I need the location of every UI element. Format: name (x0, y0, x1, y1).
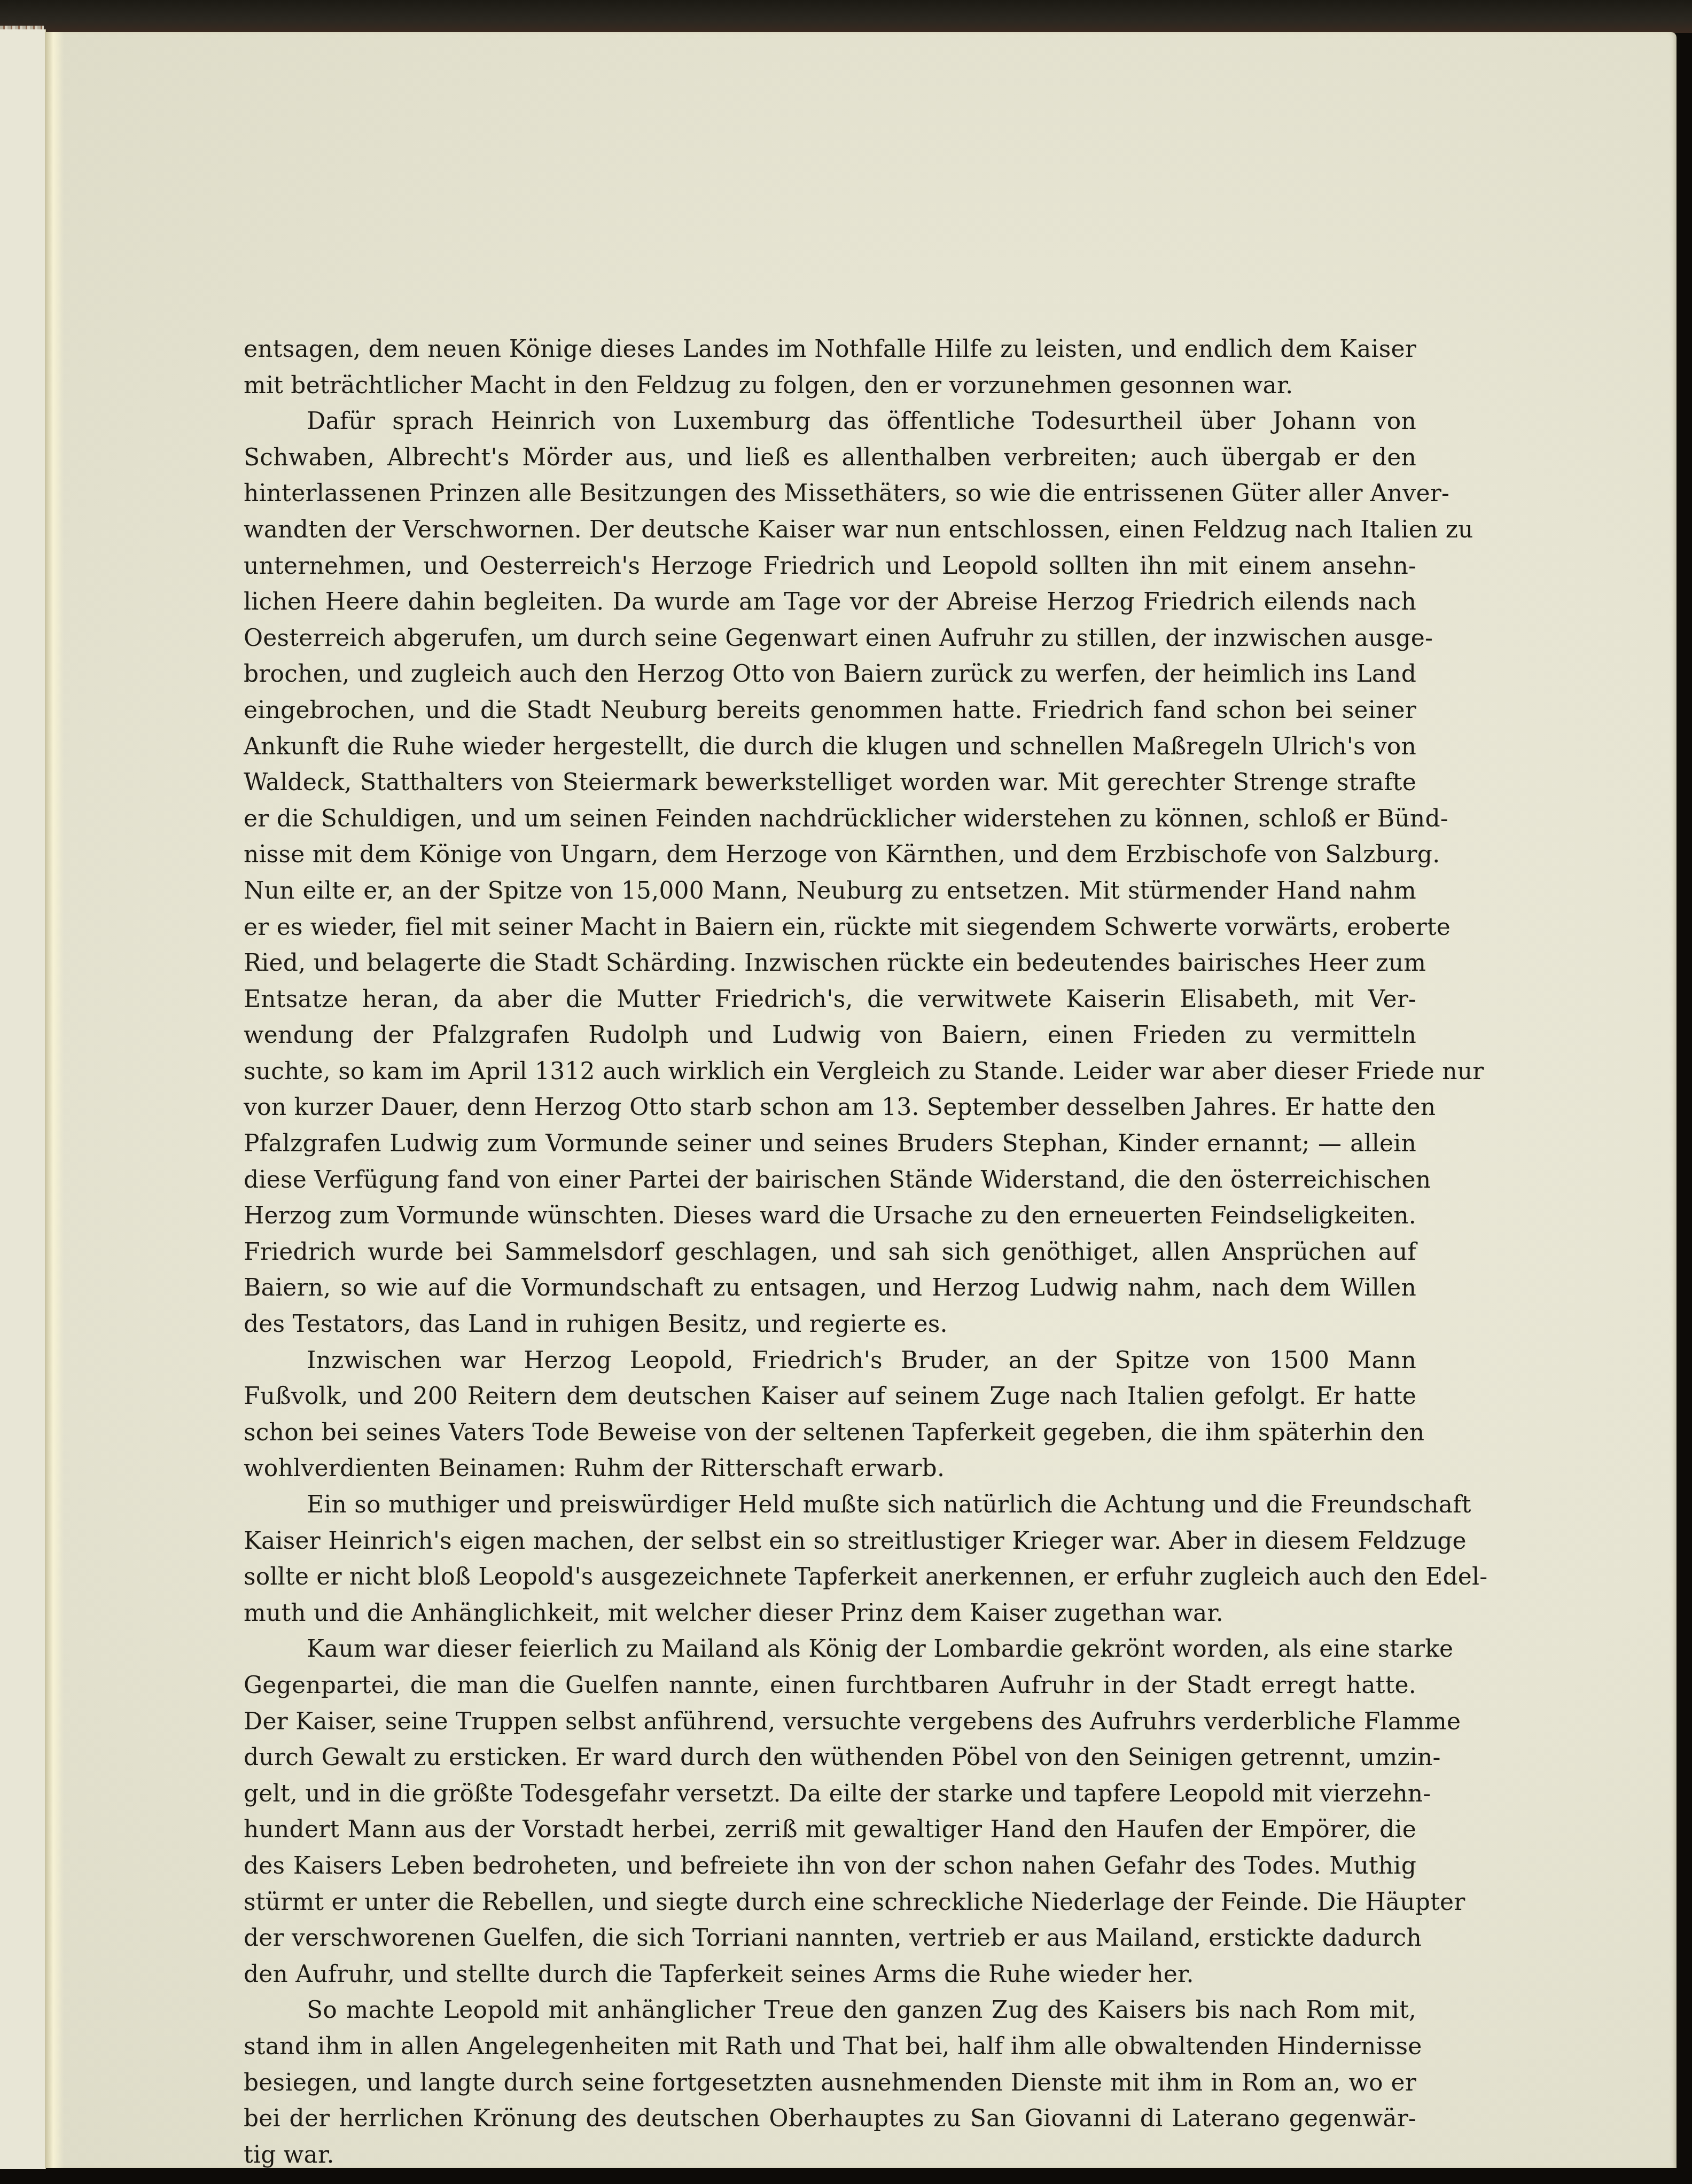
text-line: durch Gewalt zu ersticken. Er ward durch… (244, 1740, 1416, 1776)
text-line: wendung der Pfalzgrafen Rudolph und Ludw… (244, 1017, 1416, 1054)
text-line: Nun eilte er, an der Spitze von 15,000 M… (244, 873, 1416, 909)
text-line: Herzog zum Vormunde wünschten. Dieses wa… (244, 1198, 1416, 1234)
body-text: entsagen, dem neuen Könige dieses Landes… (244, 331, 1416, 2173)
paragraph: Dafür sprach Heinrich von Luxemburg das … (244, 403, 1416, 1342)
text-line: Kaiser Heinrich's eigen machen, der selb… (244, 1523, 1416, 1559)
text-line: hundert Mann aus der Vorstadt herbei, ze… (244, 1812, 1416, 1848)
paragraph: Kaum war dieser feierlich zu Mailand als… (244, 1631, 1416, 1992)
text-line: lichen Heere dahin begleiten. Da wurde a… (244, 584, 1416, 620)
text-line: Pfalzgrafen Ludwig zum Vormunde seiner u… (244, 1126, 1416, 1162)
text-line: eingebrochen, und die Stadt Neuburg bere… (244, 692, 1416, 729)
text-line: nisse mit dem Könige von Ungarn, dem Her… (244, 837, 1416, 873)
text-line: Schwaben, Albrecht's Mörder aus, und lie… (244, 440, 1416, 476)
text-line: mit beträchtlicher Macht in den Feldzug … (244, 368, 1416, 404)
text-line: Inzwischen war Herzog Leopold, Friedrich… (244, 1343, 1416, 1379)
paragraph: So machte Leopold mit anhänglicher Treue… (244, 1992, 1416, 2173)
text-line: er die Schuldigen, und um seinen Feinden… (244, 801, 1416, 837)
paragraph: Inzwischen war Herzog Leopold, Friedrich… (244, 1343, 1416, 1487)
text-line: Dafür sprach Heinrich von Luxemburg das … (244, 403, 1416, 440)
text-line: tig war. (244, 2137, 1416, 2173)
text-line: gelt, und in die größte Todesgefahr vers… (244, 1776, 1416, 1812)
text-line: des Testators, das Land in ruhigen Besit… (244, 1306, 1416, 1343)
text-line: muth und die Anhänglichkeit, mit welcher… (244, 1595, 1416, 1632)
text-line: Kaum war dieser feierlich zu Mailand als… (244, 1631, 1416, 1667)
text-line: wandten der Verschwornen. Der deutsche K… (244, 512, 1416, 548)
scan-background-top (0, 0, 1692, 33)
text-line: von kurzer Dauer, denn Herzog Otto starb… (244, 1089, 1416, 1126)
text-line: den Aufruhr, und stellte durch die Tapfe… (244, 1956, 1416, 1993)
text-line: Friedrich wurde bei Sammelsdorf geschlag… (244, 1234, 1416, 1270)
text-line: Baiern, so wie auf die Vormundschaft zu … (244, 1270, 1416, 1306)
text-line: Oesterreich abgerufen, um durch seine Ge… (244, 620, 1416, 657)
text-line: So machte Leopold mit anhänglicher Treue… (244, 1992, 1416, 2029)
text-line: er es wieder, fiel mit seiner Macht in B… (244, 909, 1416, 946)
text-line: bei der herrlichen Krönung des deutschen… (244, 2101, 1416, 2137)
text-line: Ried, und belagerte die Stadt Schärding.… (244, 945, 1416, 981)
previous-page-strip (0, 29, 46, 2169)
text-line: sollte er nicht bloß Leopold's ausgezeic… (244, 1559, 1416, 1595)
text-line: Der Kaiser, seine Truppen selbst anführe… (244, 1704, 1416, 1740)
text-line: diese Verfügung fand von einer Partei de… (244, 1162, 1416, 1198)
book-page: entsagen, dem neuen Könige dieses Landes… (46, 32, 1677, 2168)
text-line: stand ihm in allen Angelegenheiten mit R… (244, 2029, 1416, 2065)
paragraph: Ein so muthiger und preiswürdiger Held m… (244, 1487, 1416, 1631)
gutter-fold (46, 32, 64, 2168)
text-line: Gegenpartei, die man die Guelfen nannte,… (244, 1667, 1416, 1704)
text-line: wohlverdienten Beinamen: Ruhm der Ritter… (244, 1450, 1416, 1487)
text-line: der verschworenen Guelfen, die sich Torr… (244, 1920, 1416, 1956)
text-line: besiegen, und langte durch seine fortges… (244, 2065, 1416, 2101)
text-line: Entsatze heran, da aber die Mutter Fried… (244, 981, 1416, 1018)
text-line: schon bei seines Vaters Tode Beweise von… (244, 1415, 1416, 1451)
text-line: suchte, so kam im April 1312 auch wirkli… (244, 1054, 1416, 1090)
text-line: Waldeck, Statthalters von Steiermark bew… (244, 765, 1416, 801)
paragraph: entsagen, dem neuen Könige dieses Landes… (244, 331, 1416, 403)
text-line: hinterlassenen Prinzen alle Besitzungen … (244, 475, 1416, 512)
text-line: stürmt er unter die Rebellen, und siegte… (244, 1884, 1416, 1921)
text-line: entsagen, dem neuen Könige dieses Landes… (244, 331, 1416, 368)
text-line: Ein so muthiger und preiswürdiger Held m… (244, 1487, 1416, 1523)
text-line: unternehmen, und Oesterreich's Herzoge F… (244, 548, 1416, 584)
text-line: Ankunft die Ruhe wieder hergestellt, die… (244, 729, 1416, 765)
text-line: brochen, und zugleich auch den Herzog Ot… (244, 656, 1416, 692)
text-line: des Kaisers Leben bedroheten, und befrei… (244, 1848, 1416, 1884)
text-line: Fußvolk, und 200 Reitern dem deutschen K… (244, 1378, 1416, 1415)
